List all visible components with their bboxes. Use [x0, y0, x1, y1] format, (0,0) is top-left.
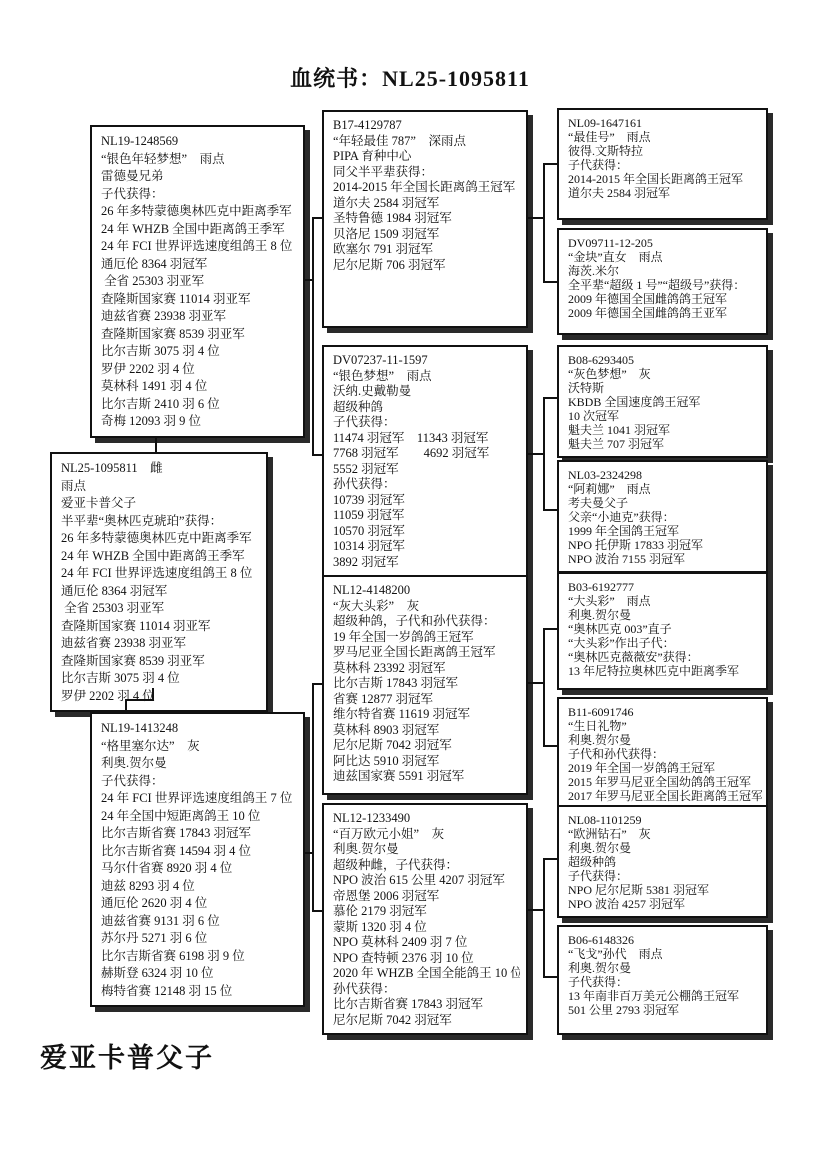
pedigree-line: 子代获得：	[568, 975, 762, 989]
pedigree-line: 2019 年全国一岁鸽鸽王冠军	[568, 761, 762, 775]
pedigree-line: 罗马尼亚全国长距离鸽王冠军	[333, 645, 520, 661]
pedigree-line: 子代获得：	[101, 186, 297, 204]
pedigree-line: 全省 25303 羽亚军	[61, 600, 260, 618]
connector-line	[543, 397, 545, 511]
pedigree-line: “金块”直女 雨点	[568, 250, 762, 264]
pedigree-line: NL03-2324298	[568, 468, 762, 482]
pedigree-line: 沃纳.史戴勒曼	[333, 384, 520, 400]
pedigree-box-B06-6148326: B06-6148326“飞戈”孙代 雨点利奥.贺尔曼子代获得：13 年南非百万美…	[557, 925, 768, 1035]
pedigree-line: 梅特省赛 12148 羽 15 位	[101, 983, 297, 1001]
pedigree-line: 沃特斯	[568, 381, 762, 395]
pedigree-line: 查隆斯国家赛 8539 羽亚军	[61, 653, 260, 671]
pedigree-line: 尼尔尼斯 7042 羽冠军	[333, 738, 520, 754]
pedigree-box-NL25-1095811: NL25-1095811 雌雨点爱亚卡普父子半平辈“奥林匹克琥珀”获得：26 年…	[50, 452, 268, 712]
pedigree-line: 莫林科 1491 羽 4 位	[101, 378, 297, 396]
pedigree-line: 尼尔尼斯 7042 羽冠军	[333, 1013, 520, 1029]
pedigree-box-NL19-1413248: NL19-1413248“格里塞尔达” 灰利奥.贺尔曼子代获得：24 年 FCI…	[90, 712, 305, 1007]
pedigree-line: “大头彩”作出子代：	[568, 636, 762, 650]
pedigree-line: “灰色梦想” 灰	[568, 367, 762, 381]
pedigree-line: 子代获得：	[568, 158, 762, 172]
pedigree-line: 24 年 WHZB 全国中距离鸽王季军	[101, 221, 297, 239]
pedigree-line: 子代获得：	[101, 773, 297, 791]
pedigree-line: “格里塞尔达” 灰	[101, 738, 297, 756]
pedigree-line: 24 年全国中短距离鸽王 10 位	[101, 808, 297, 826]
pedigree-line: 奇梅 12093 羽 9 位	[101, 413, 297, 431]
pedigree-line: 圣特鲁德 1984 羽冠军	[333, 211, 520, 227]
pedigree-line: 比尔吉斯 17843 羽冠军	[333, 676, 520, 692]
pedigree-line: 查隆斯国家赛 11014 羽亚军	[61, 618, 260, 636]
pedigree-line: 子代获得：	[333, 415, 520, 431]
pedigree-line: 慕伦 2179 羽冠军	[333, 904, 520, 920]
pedigree-line: 超级种鸽	[568, 855, 762, 869]
pedigree-line: B03-6192777	[568, 580, 762, 594]
pedigree-line: 利奥.贺尔曼	[101, 755, 297, 773]
pedigree-box-B17-4129787: B17-4129787“年轻最佳 787” 深雨点PIPA 育种中心同父半平辈获…	[322, 110, 528, 328]
pedigree-line: 24 年 FCI 世界评选速度组鸽王 7 位	[101, 790, 297, 808]
connector-line	[313, 454, 322, 456]
pedigree-line: 孙代获得：	[333, 982, 520, 998]
pedigree-line: “银色年轻梦想” 雨点	[101, 151, 297, 169]
pedigree-box-NL03-2324298: NL03-2324298“阿莉娜” 雨点考夫曼父子父亲“小迪克”获得：1999 …	[557, 460, 768, 573]
pedigree-line: 2009 年德国全国雌鸽鸽王冠军	[568, 292, 762, 306]
pedigree-box-NL12-4148200: NL12-4148200“灰大头彩” 灰超级种鸽，子代和孙代获得：19 年全国一…	[322, 575, 528, 795]
pedigree-line: 比尔吉斯省赛 6198 羽 9 位	[101, 948, 297, 966]
pedigree-line: 2014-2015 年全国长距离鸽王冠军	[333, 180, 520, 196]
page-title: 血统书：NL25-1095811	[0, 62, 820, 93]
pedigree-line: 半平辈“奥林匹克琥珀”获得：	[61, 513, 260, 531]
pedigree-line: 利奥.贺尔曼	[568, 733, 762, 747]
connector-line	[544, 745, 557, 747]
connector-line	[527, 909, 544, 911]
pedigree-line: 道尔夫 2584 羽冠军	[333, 196, 520, 212]
pedigree-line: 比尔吉斯 3075 羽 4 位	[61, 670, 260, 688]
pedigree-line: 19 年全国一岁鸽鸽王冠军	[333, 630, 520, 646]
pedigree-line: 子代获得：	[568, 869, 762, 883]
pedigree-line: 超级种雌，子代获得：	[333, 858, 520, 874]
pedigree-line: 超级种鸽，子代和孙代获得：	[333, 614, 520, 630]
pedigree-line: 2017 年罗马尼亚全国长距离鸽王冠军	[568, 789, 762, 803]
pedigree-line: “银色梦想” 雨点	[333, 369, 520, 385]
pedigree-line: NPO 尼尔尼斯 5381 羽冠军	[568, 883, 762, 897]
pedigree-line: 比尔吉斯 2410 羽 6 位	[101, 396, 297, 414]
pedigree-line: 26 年多特蒙德奥林匹克中距离季军	[101, 203, 297, 221]
pedigree-line: 道尔夫 2584 羽冠军	[568, 186, 762, 200]
connector-line	[543, 858, 545, 978]
pedigree-line: “百万欧元小姐” 灰	[333, 827, 520, 843]
connector-line	[544, 397, 557, 399]
pedigree-line: 迪兹省赛 23938 羽亚军	[61, 635, 260, 653]
pedigree-line: 11059 羽冠军	[333, 508, 520, 524]
pedigree-box-DV09711-12-205: DV09711-12-205“金块”直女 雨点海茨.米尔全平辈“超级 1 号”“…	[557, 228, 768, 335]
connector-line	[313, 910, 322, 912]
pedigree-line: 雨点	[61, 478, 260, 496]
pedigree-line: 24 年 FCI 世界评选速度组鸽王 8 位	[61, 565, 260, 583]
pedigree-line: NPO 托伊斯 17833 羽冠军	[568, 538, 762, 552]
pedigree-line: 迪兹国家赛 5591 羽冠军	[333, 769, 520, 785]
pedigree-line: B08-6293405	[568, 353, 762, 367]
pedigree-line: 3892 羽冠军	[333, 555, 520, 571]
pedigree-line: 同父半平辈获得：	[333, 165, 520, 181]
pedigree-line: B17-4129787	[333, 118, 520, 134]
pedigree-line: 通厄伦 8364 羽冠军	[101, 256, 297, 274]
connector-line	[527, 217, 544, 219]
pedigree-line: 查隆斯国家赛 11014 羽亚军	[101, 291, 297, 309]
connector-line	[544, 509, 557, 511]
pedigree-line: “阿莉娜” 雨点	[568, 482, 762, 496]
pedigree-line: 比尔吉斯 3075 羽 4 位	[101, 343, 297, 361]
pedigree-line: NPO 查特顿 2376 羽 10 位	[333, 951, 520, 967]
pedigree-line: 利奥.贺尔曼	[568, 608, 762, 622]
pedigree-line: 通厄伦 8364 羽冠军	[61, 583, 260, 601]
connector-line	[125, 699, 154, 701]
pedigree-line: 孙代获得：	[333, 477, 520, 493]
connector-line	[125, 700, 127, 712]
pedigree-line: 5552 羽冠军	[333, 462, 520, 478]
pedigree-line: 省赛 12877 羽冠军	[333, 692, 520, 708]
pedigree-line: NL19-1248569	[101, 133, 297, 151]
connector-line	[544, 976, 557, 978]
pedigree-line: B06-6148326	[568, 933, 762, 947]
pedigree-line: 10570 羽冠军	[333, 524, 520, 540]
pedigree-line: 2009 年德国全国雌鸽鸽王亚军	[568, 306, 762, 320]
pedigree-line: 子代和孙代获得：	[568, 747, 762, 761]
pedigree-page: 血统书：NL25-1095811 NL19-1248569“银色年轻梦想” 雨点…	[0, 0, 820, 1159]
connector-line	[544, 163, 557, 165]
pedigree-line: PIPA 育种中心	[333, 149, 520, 165]
pedigree-line: 莫林科 8903 羽冠军	[333, 723, 520, 739]
pedigree-line: NPO 莫林科 2409 羽 7 位	[333, 935, 520, 951]
pedigree-line: “灰大头彩” 灰	[333, 599, 520, 615]
pedigree-line: 26 年多特蒙德奥林匹克中距离季军	[61, 530, 260, 548]
pedigree-line: 2015 年罗马尼亚全国幼鸽鸽王冠军	[568, 775, 762, 789]
pedigree-line: NL08-1101259	[568, 813, 762, 827]
pedigree-line: 赫斯登 6324 羽 10 位	[101, 965, 297, 983]
pedigree-line: 2014-2015 年全国长距离鸽王冠军	[568, 172, 762, 186]
pedigree-line: 父亲“小迪克”获得：	[568, 510, 762, 524]
pedigree-line: “奥林匹克薇薇安”获得：	[568, 650, 762, 664]
pedigree-line: 24 年 FCI 世界评选速度组鸽王 8 位	[101, 238, 297, 256]
pedigree-line: KBDB 全国速度鸽王冠军	[568, 395, 762, 409]
pedigree-line: 蒙斯 1320 羽 4 位	[333, 920, 520, 936]
pedigree-line: 贝洛尼 1509 羽冠军	[333, 227, 520, 243]
pedigree-line: “年轻最佳 787” 深雨点	[333, 134, 520, 150]
pedigree-line: 10739 羽冠军	[333, 493, 520, 509]
connector-line	[527, 682, 544, 684]
connector-line	[313, 217, 322, 219]
pedigree-line: “奥林匹克 003”直子	[568, 622, 762, 636]
pedigree-box-DV07237-11-1597: DV07237-11-1597“银色梦想” 雨点沃纳.史戴勒曼超级种鸽子代获得：…	[322, 345, 528, 577]
pedigree-line: 莫林科 23392 羽冠军	[333, 661, 520, 677]
pedigree-line: 超级种鸽	[333, 400, 520, 416]
pedigree-line: 雷德曼兄弟	[101, 168, 297, 186]
pedigree-line: 全平辈“超级 1 号”“超级号”获得：	[568, 278, 762, 292]
pedigree-line: 501 公里 2793 羽冠军	[568, 1003, 762, 1017]
pedigree-line: “飞戈”孙代 雨点	[568, 947, 762, 961]
connector-line	[543, 163, 545, 283]
pedigree-line: 2020 年 WHZB 全国全能鸽王 10 位	[333, 966, 520, 982]
pedigree-line: 11474 羽冠军 11343 羽冠军	[333, 431, 520, 447]
pedigree-line: 13 年尼特拉奥林匹克中距离季军	[568, 664, 762, 678]
pedigree-line: DV07237-11-1597	[333, 353, 520, 369]
pedigree-line: 迪兹 8293 羽 4 位	[101, 878, 297, 896]
pedigree-line: 考夫曼父子	[568, 496, 762, 510]
pedigree-line: DV09711-12-205	[568, 236, 762, 250]
pedigree-line: 罗伊 2202 羽 4 位	[61, 688, 260, 706]
breeder-name: 爱亚卡普父子	[40, 1036, 214, 1075]
pedigree-line: NL12-1233490	[333, 811, 520, 827]
pedigree-line: 7768 羽冠军 4692 羽冠军	[333, 446, 520, 462]
pedigree-line: “生日礼物”	[568, 719, 762, 733]
pedigree-box-NL08-1101259: NL08-1101259“欧洲钻石” 灰利奥.贺尔曼超级种鸽子代获得：NPO 尼…	[557, 805, 768, 918]
connector-line	[543, 628, 545, 747]
pedigree-line: 10 次冠军	[568, 409, 762, 423]
pedigree-box-B08-6293405: B08-6293405“灰色梦想” 灰沃特斯KBDB 全国速度鸽王冠军10 次冠…	[557, 345, 768, 458]
pedigree-line: 魁夫兰 1041 羽冠军	[568, 423, 762, 437]
pedigree-line: 利奥.贺尔曼	[333, 842, 520, 858]
pedigree-line: 24 年 WHZB 全国中距离鸽王季军	[61, 548, 260, 566]
pedigree-line: NPO 波治 4257 羽冠军	[568, 897, 762, 911]
connector-line	[312, 683, 314, 912]
pedigree-line: B11-6091746	[568, 705, 762, 719]
pedigree-line: NL12-4148200	[333, 583, 520, 599]
connector-line	[312, 217, 314, 456]
pedigree-line: 1999 年全国鸽王冠军	[568, 524, 762, 538]
pedigree-line: NL09-1647161	[568, 116, 762, 130]
pedigree-line: 帝恩堡 2006 羽冠军	[333, 889, 520, 905]
pedigree-line: 利奥.贺尔曼	[568, 961, 762, 975]
pedigree-line: 通厄伦 2620 羽 4 位	[101, 895, 297, 913]
connector-line	[544, 281, 557, 283]
connector-line	[313, 683, 322, 685]
pedigree-line: 利奥.贺尔曼	[568, 841, 762, 855]
pedigree-line: 欧塞尔 791 羽冠军	[333, 242, 520, 258]
connector-line	[544, 858, 557, 860]
pedigree-line: 魁夫兰 707 羽冠军	[568, 437, 762, 451]
pedigree-line: 比尔吉斯省赛 17843 羽冠军	[101, 825, 297, 843]
pedigree-line: 比尔吉斯省赛 17843 羽冠军	[333, 997, 520, 1013]
pedigree-box-B11-6091746: B11-6091746“生日礼物”利奥.贺尔曼子代和孙代获得：2019 年全国一…	[557, 697, 768, 810]
connector-line	[527, 453, 544, 455]
connector-line	[155, 436, 157, 453]
pedigree-line: NPO 波治 7155 羽冠军	[568, 552, 762, 566]
pedigree-box-B03-6192777: B03-6192777“大头彩” 雨点利奥.贺尔曼“奥林匹克 003”直子“大头…	[557, 572, 768, 690]
pedigree-line: 查隆斯国家赛 8539 羽亚军	[101, 326, 297, 344]
pedigree-line: 迪兹省赛 23938 羽亚军	[101, 308, 297, 326]
pedigree-line: 13 年南非百万美元公棚鸽王冠军	[568, 989, 762, 1003]
pedigree-line: 海茨.米尔	[568, 264, 762, 278]
pedigree-line: 10314 羽冠军	[333, 539, 520, 555]
pedigree-line: 比尔吉斯省赛 14594 羽 4 位	[101, 843, 297, 861]
pedigree-line: “最佳号” 雨点	[568, 130, 762, 144]
pedigree-line: NL19-1413248	[101, 720, 297, 738]
pedigree-line: 迪兹省赛 9131 羽 6 位	[101, 913, 297, 931]
pedigree-box-NL09-1647161: NL09-1647161“最佳号” 雨点彼得.文斯特拉子代获得：2014-201…	[557, 108, 768, 220]
pedigree-line: “欧洲钻石” 灰	[568, 827, 762, 841]
pedigree-line: 全省 25303 羽亚军	[101, 273, 297, 291]
pedigree-line: 阿比达 5910 羽冠军	[333, 754, 520, 770]
pedigree-line: 爱亚卡普父子	[61, 495, 260, 513]
connector-line	[544, 628, 557, 630]
pedigree-line: NPO 波治 615 公里 4207 羽冠军	[333, 873, 520, 889]
pedigree-box-NL19-1248569: NL19-1248569“银色年轻梦想” 雨点雷德曼兄弟子代获得：26 年多特蒙…	[90, 125, 305, 438]
pedigree-line: 苏尔丹 5271 羽 6 位	[101, 930, 297, 948]
pedigree-line: 罗伊 2202 羽 4 位	[101, 361, 297, 379]
pedigree-line: 马尔什省赛 8920 羽 4 位	[101, 860, 297, 878]
pedigree-box-NL12-1233490: NL12-1233490“百万欧元小姐” 灰利奥.贺尔曼超级种雌，子代获得：NP…	[322, 803, 528, 1035]
pedigree-line: 维尔特省赛 11619 羽冠军	[333, 707, 520, 723]
pedigree-line: 彼得.文斯特拉	[568, 144, 762, 158]
pedigree-line: NL25-1095811 雌	[61, 460, 260, 478]
pedigree-line: “大头彩” 雨点	[568, 594, 762, 608]
pedigree-line: 尼尔尼斯 706 羽冠军	[333, 258, 520, 274]
